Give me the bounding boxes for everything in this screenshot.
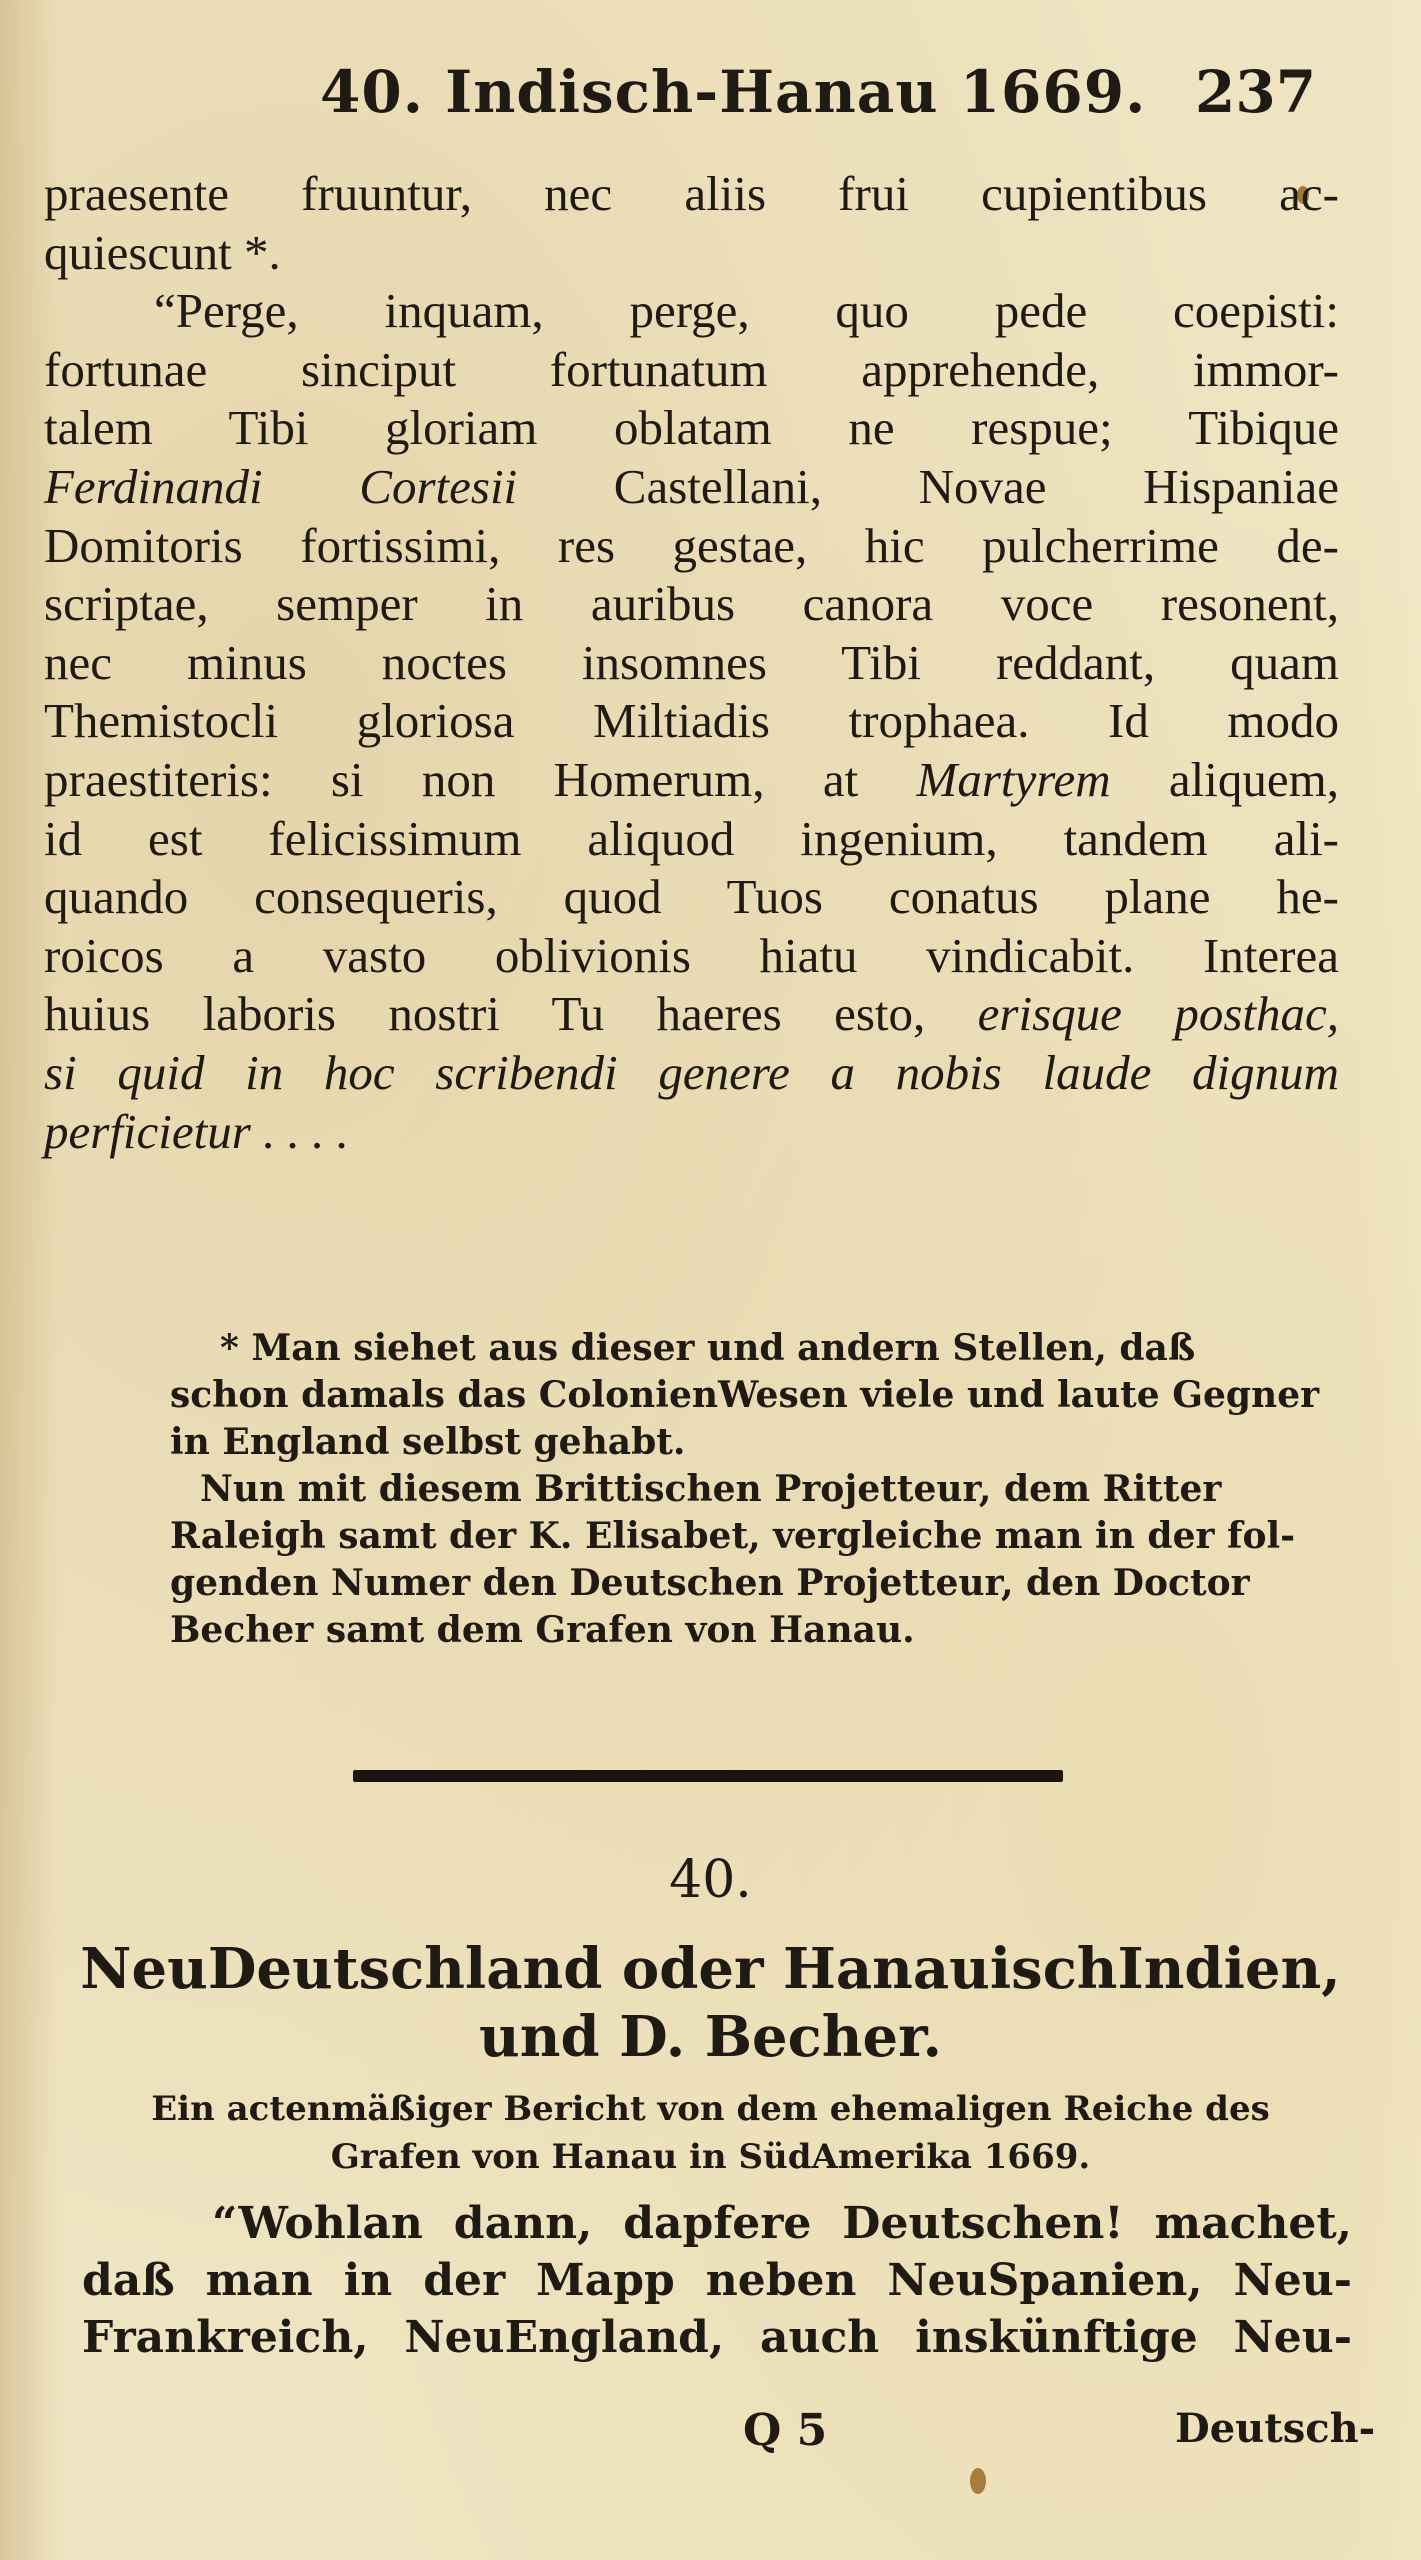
text-line: si quid in hoc scribendi genere a nobis … xyxy=(44,1044,1339,1103)
section-divider-rule xyxy=(353,1770,1063,1782)
section-title: NeuDeutschland oder HanauischIndien, und… xyxy=(0,1935,1421,2071)
text-line-content: huius laboris nostri Tu haeres esto, xyxy=(44,986,925,1041)
footnote-line: Nun mit diesem Brittischen Projetteur, d… xyxy=(170,1466,1350,1513)
section-subtitle: Ein actenmäßiger Bericht von dem ehemali… xyxy=(0,2085,1421,2181)
catchword: Deutsch- xyxy=(1175,2405,1375,2452)
section-number: 40. xyxy=(0,1850,1421,1910)
text-line: perficietur . . . . xyxy=(44,1103,1339,1162)
text-line: scriptae, semper in auribus canora voce … xyxy=(44,575,1339,634)
text-line: “Perge, inquam, perge, quo pede coepisti… xyxy=(44,282,1339,341)
running-head: 40. Indisch-Hanau 1669. 237 xyxy=(0,58,1421,148)
text-line: “Wohlan dann, dapfere Deutschen! machet, xyxy=(82,2195,1352,2252)
text-line: quando consequeris, quod Tuos conatus pl… xyxy=(44,868,1339,927)
footnote-line: schon damals das ColonienWesen viele und… xyxy=(170,1372,1350,1419)
text-line-content: aliquem, xyxy=(1111,752,1339,807)
text-line: praestiteris: si non Homerum, at Martyre… xyxy=(44,751,1339,810)
german-paragraph: “Wohlan dann, dapfere Deutschen! machet,… xyxy=(82,2195,1352,2366)
text-line: quiescunt *. xyxy=(44,224,1339,283)
text-line: id est felicissimum aliquod ingenium, ta… xyxy=(44,810,1339,869)
subtitle-line: Grafen von Hanau in SüdAmerika 1669. xyxy=(0,2133,1421,2181)
text-line-content: quiescunt *. xyxy=(44,225,281,280)
section-title-line: NeuDeutschland oder HanauischIndien, xyxy=(0,1935,1421,2003)
footnote: * Man siehet aus dieser und andern Stell… xyxy=(170,1325,1350,1654)
book-page: 40. Indisch-Hanau 1669. 237 praesente fr… xyxy=(0,0,1421,2560)
text-line: Domitoris fortissimi, res gestae, hic pu… xyxy=(44,517,1339,576)
text-line: Themistocli gloriosa Miltiadis trophaea.… xyxy=(44,692,1339,751)
page-number: 237 xyxy=(1195,58,1316,126)
section-title-line: und D. Becher. xyxy=(0,2003,1421,2071)
footnote-line: Becher samt dem Grafen von Hanau. xyxy=(170,1607,1350,1654)
footnote-line: in England selbst gehabt. xyxy=(170,1419,1350,1466)
italic-martyrem: Martyrem xyxy=(917,752,1111,807)
text-line: talem Tibi gloriam oblatam ne respue; Ti… xyxy=(44,399,1339,458)
running-title: 40. Indisch-Hanau 1669. xyxy=(320,58,1146,126)
italic-name-cortesius: Ferdinandi Cortesii xyxy=(44,459,517,514)
text-line-content: praestiteris: si non Homerum, at xyxy=(44,752,858,807)
footnote-line: genden Numer den Deutschen Projetteur, d… xyxy=(170,1560,1350,1607)
footnote-line: Raleigh samt der K. Elisabet, vergleiche… xyxy=(170,1513,1350,1560)
latin-paragraph: praesente fruuntur, nec aliis frui cupie… xyxy=(44,165,1339,1161)
paper-stain-decoration xyxy=(970,2468,986,2494)
text-line: fortunae sinciput fortunatum apprehende,… xyxy=(44,341,1339,400)
subtitle-line: Ein actenmäßiger Bericht von dem ehemali… xyxy=(0,2085,1421,2133)
text-line: roicos a vasto oblivionis hiatu vindicab… xyxy=(44,927,1339,986)
italic-erisque-posthac: erisque posthac, xyxy=(925,986,1339,1041)
text-line: Frankreich, NeuEngland, auch inskünftige… xyxy=(82,2309,1352,2366)
text-line: daß man in der Mapp neben NeuSpanien, Ne… xyxy=(82,2252,1352,2309)
text-line: praesente fruuntur, nec aliis frui cupie… xyxy=(44,165,1339,224)
text-line-content: Castellani, Novae Hispaniae xyxy=(614,459,1339,514)
footnote-line: * Man siehet aus dieser und andern Stell… xyxy=(170,1325,1350,1372)
text-line: Ferdinandi Cortesii Castellani, Novae Hi… xyxy=(44,458,1339,517)
signature-mark: Q 5 xyxy=(743,2405,827,2456)
text-line: nec minus noctes insomnes Tibi reddant, … xyxy=(44,634,1339,693)
text-line: huius laboris nostri Tu haeres esto, eri… xyxy=(44,985,1339,1044)
